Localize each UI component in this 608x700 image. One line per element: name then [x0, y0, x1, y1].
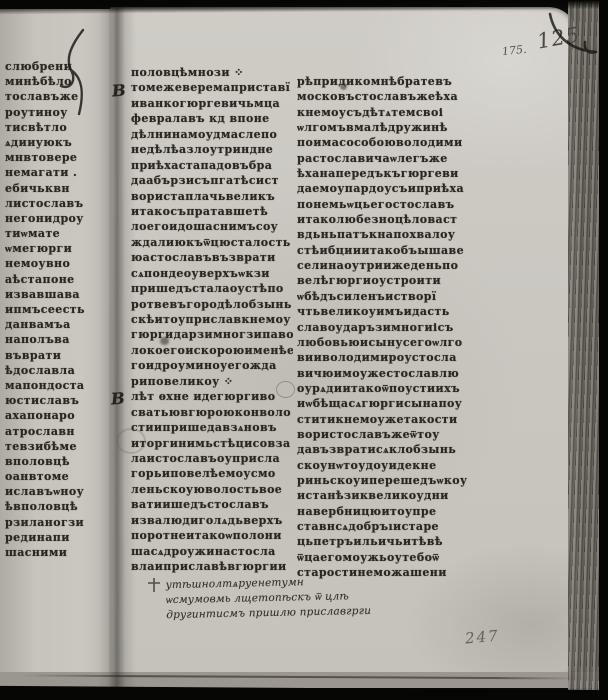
ink-blot [340, 83, 347, 90]
manuscript-line: ѡмегюрги [5, 242, 109, 257]
manuscript-line: ебичьквн [5, 182, 109, 197]
manuscript-line: аѣстапоне [5, 273, 109, 288]
manuscript-line: риповеликоу ⁘ [131, 375, 293, 390]
manuscript-line: локоегоискороюименѣе [131, 344, 293, 359]
manuscript-line: февралавъ кд впоне [131, 112, 293, 127]
manuscript-line: сватьювгюроюконволо [131, 406, 293, 421]
manuscript-line: вдьньпатъкнапохвалоу [297, 228, 485, 243]
manuscript-line: селинаоутриижеденьпо [297, 259, 485, 274]
manuscript-line: половцѣмнози ⁘ [131, 66, 293, 81]
manuscript-line: кнемоусъдѣтѧтемсвоі [297, 106, 485, 121]
manuscript-line: негонидроу [5, 212, 109, 227]
folio-number-small: 175. [501, 43, 527, 58]
manuscript-line: приѣхастападовъбра [131, 159, 293, 174]
manuscript-line: вористославъжеѿтоу [297, 428, 485, 443]
manuscript-line: сѧпондеоуверхъѡкзи [131, 267, 293, 282]
manuscript-line: оанвтоме [5, 470, 109, 485]
manuscript-line: иванкогюргевичьмца [131, 97, 293, 112]
manuscript-line: атрославн [5, 425, 109, 440]
ink-ring-stain [276, 381, 295, 398]
manuscript-line: стѣибцииитакобъышаве [297, 244, 485, 259]
manuscript-line: рзиланогзи [5, 516, 109, 531]
manuscript-line: данвамъа [5, 318, 109, 333]
manuscript-line: юстиславъ [5, 394, 109, 409]
manuscript-line: ипмъсеесть [5, 303, 109, 318]
manuscript-line: мнвтовере [5, 151, 109, 166]
manuscript-line: ѣдославла [5, 364, 109, 379]
manuscript-line: гюргидарзимногзипаво [131, 328, 293, 343]
corner-flourish-mark [544, 12, 600, 60]
manuscript-line: ѧдииуюкъ [5, 136, 109, 151]
page-block-edge [568, 0, 602, 700]
manuscript-line: шасними [5, 546, 109, 561]
manuscript-line: тиѡмате [5, 227, 109, 242]
manuscript-line: поротнеитакоѡполони [131, 529, 293, 544]
manuscript-line: немоувно [5, 257, 109, 272]
manuscript-line: ѿцаегомоужьоутебоѿ [297, 551, 485, 566]
manuscript-line: московъстославъжеѣха [297, 90, 485, 105]
manuscript-line: листославъ [5, 197, 109, 212]
manuscript-line: риньскоуиперешедъѡкоу [297, 474, 485, 489]
manuscript-line: стиипришедавзѧновъ [131, 421, 293, 436]
manuscript-line: извавшава [5, 288, 109, 303]
marginal-initial-letter: В [111, 81, 127, 101]
manuscript-line: иторгинимьстѣцисовза [131, 437, 293, 452]
manuscript-line: въврати [5, 349, 109, 364]
ink-blot [160, 337, 169, 345]
manuscript-line: поимасособоюволодими [297, 136, 485, 151]
manuscript-line: цьпетръильичьитѣвѣ [297, 535, 485, 550]
manuscript-line: горьиповелѣемоусмо [131, 467, 293, 482]
manuscript-line: любовьюисынусегоѡлго [297, 336, 485, 351]
manuscript-line: иѡбѣщасѧгюргисынапоу [297, 397, 485, 412]
manuscript-line: мапондоста [5, 379, 109, 394]
manuscript-line: ститикнемоужетакости [297, 413, 485, 428]
manuscript-line: недѣлѣазлоутриндне [131, 143, 293, 158]
manuscript-line: тевзибѣме [5, 440, 109, 455]
left-page-text-fragment: слюбрениминѣбѣлотославъжероутиноутисвѣтл… [5, 60, 109, 561]
manuscript-line: влаиприславѣвгюргии [131, 560, 293, 575]
pen-flourish-mark [52, 26, 92, 118]
manuscript-line: навербницюитоупре [297, 505, 485, 520]
manuscript-line: рѣпридикомнѣбратевъ [297, 75, 485, 90]
manuscript-line: оурѧдиитакоѿпоустиихъ [297, 382, 485, 397]
manuscript-line: лоегоидошаснимъсоу [131, 220, 293, 235]
manuscript-line: рединапи [5, 531, 109, 546]
faint-ring-stain [116, 428, 146, 454]
manuscript-line: ждалиюкъѿцюсталость [131, 236, 293, 251]
manuscript-line: ротвевъгородѣлобзынь [131, 298, 293, 313]
text-column-right: рѣпридикомнѣбратевъмосковъстославъжеѣхак… [297, 75, 485, 581]
manuscript-line: пришедъсталаоустѣпо [131, 282, 293, 297]
manuscript-line: ѣвполовцѣ [5, 500, 109, 515]
manuscript-line: гоидроуминоуегожда [131, 359, 293, 374]
manuscript-line: ѡбѣдъсиленъистворї [297, 290, 485, 305]
manuscript-line: вполовцѣ [5, 455, 109, 470]
manuscript-line: растославичаѡлегъже [297, 152, 485, 167]
book-edge-shadow [599, 0, 608, 700]
manuscript-line: даемоупардоусъиприѣха [297, 182, 485, 197]
manuscript-line: дѣлнинамоудмаслепо [131, 128, 293, 143]
manuscript-line: итакосъпратавшетѣ [131, 205, 293, 220]
manuscript-line: чтьвеликоуимъидасть [297, 305, 485, 320]
cross-mark [146, 576, 162, 594]
manuscript-line: ватиишедъстославъ [131, 498, 293, 513]
manuscript-line: даабързисъпгатѣсист [131, 174, 293, 189]
manuscript-line: вичюимоужестославлю [297, 367, 485, 382]
folio-number-bottom: 247 [464, 627, 500, 648]
manuscript-line: ѣханапередъкъгюргеви [297, 167, 485, 182]
manuscript-line: ахапонаро [5, 409, 109, 424]
manuscript-line: наполъва [5, 333, 109, 348]
manuscript-line: тисвѣтло [5, 121, 109, 136]
cursive-marginal-note: утѣшнолтѧруенетумнѡсмумовмь лщетопѣскъ ѿ… [166, 575, 372, 624]
manuscript-line: иславъѡноу [5, 485, 109, 500]
manuscript-line: велѣгюргиоустроити [297, 274, 485, 289]
manuscript-line: вористаплачьвеликъ [131, 190, 293, 205]
text-column-left: половцѣмнози ⁘томежеверемаприставїиванко… [131, 66, 293, 575]
manuscript-line: леньскоуюволостьвое [131, 483, 293, 498]
manuscript-line: лѣт ѳхне идегюргиво [131, 390, 293, 405]
manuscript-line: понемьѡцьегостославъ [297, 198, 485, 213]
marginal-initial-letter: В [110, 389, 126, 409]
manuscript-line: немагати . [5, 166, 109, 181]
manuscript-line: лаистославъоуприсла [131, 452, 293, 467]
manuscript-line: шасѧдроужинастосла [131, 545, 293, 560]
manuscript-line: юастославъвъзврати [131, 251, 293, 266]
manuscript-line: давъзвратисѧклобзынь [297, 443, 485, 458]
manuscript-line: славоударъзимногиісъ [297, 321, 485, 336]
manuscript-line: ставнсѧдобръıистаре [297, 520, 485, 535]
manuscript-line: томежеверемаприставї [131, 81, 293, 96]
manuscript-line: итаколюбезноцѣловаст [297, 213, 485, 228]
manuscript-line: скоунѡтоудоуидекне [297, 459, 485, 474]
manuscript-line: извалюдиголѧдьверхъ [131, 514, 293, 529]
manuscript-line: ѡлгомъвмалѣдружинѣ [297, 121, 485, 136]
manuscript-line: вииволодимироустосла [297, 351, 485, 366]
manuscript-line: истанѣзиквеликоудни [297, 489, 485, 504]
manuscript-line: скѣитоуприславкнемоу [131, 313, 293, 328]
manuscript-photo: слюбрениминѣбѣлотославъжероутиноутисвѣтл… [0, 0, 608, 700]
